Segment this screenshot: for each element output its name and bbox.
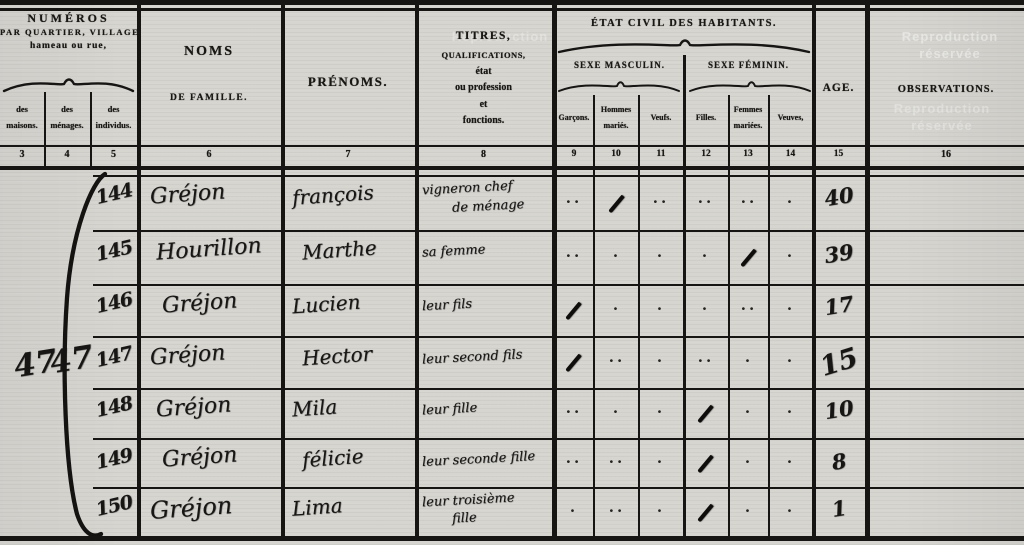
empty-cell-dots: . xyxy=(777,243,805,261)
individual-number: 148 xyxy=(89,391,139,423)
individual-number: 144 xyxy=(89,178,139,210)
brace-etat-civil xyxy=(556,38,812,55)
col-number-6: 6 xyxy=(140,149,278,160)
empty-cell-dots: . xyxy=(777,399,805,417)
empty-cell-dots: . xyxy=(735,449,763,467)
table-row: 150 Gréjon Lima leur troisièmefille ....… xyxy=(0,487,1024,536)
family-name: Gréjon xyxy=(161,288,238,318)
sexe-feminin-title: SEXE FÉMININ. xyxy=(685,60,812,70)
family-name: Hourillon xyxy=(155,233,262,265)
col-number-8: 8 xyxy=(418,149,549,160)
census-register-page: Reproduction réservée Reproduction réser… xyxy=(0,0,1024,545)
empty-cell-dots: .. xyxy=(603,449,631,467)
col-number-10: 10 xyxy=(595,149,637,159)
empty-cell-dots: . xyxy=(735,348,763,366)
age-value: 8 xyxy=(815,446,862,478)
family-name: Gréjon xyxy=(149,491,233,525)
empty-cell-dots: .. xyxy=(603,498,631,516)
grid-line xyxy=(0,0,1024,5)
col-number-3: 3 xyxy=(0,149,44,160)
age-value: 10 xyxy=(815,394,862,426)
brace-masculin xyxy=(557,80,681,94)
col-number-7: 7 xyxy=(284,149,412,160)
sexe-masculin-title: SEXE MASCULIN. xyxy=(556,60,683,70)
titres-line2: QUALIFICATIONS, xyxy=(418,50,549,60)
profession-line: leur second fils xyxy=(422,347,523,367)
empty-cell-dots: .. xyxy=(647,189,675,207)
titres-line5: et xyxy=(418,99,549,110)
empty-cell-dots: . xyxy=(647,348,675,366)
individual-number: 146 xyxy=(89,287,139,319)
profession-line: de ménage xyxy=(452,197,525,216)
first-name: Lucien xyxy=(291,290,361,319)
col-veuves-label: Veuves, xyxy=(769,113,812,122)
family-name: Gréjon xyxy=(155,392,232,422)
grid-line xyxy=(0,8,1024,11)
col-number-12: 12 xyxy=(685,149,727,159)
empty-cell-dots: . xyxy=(777,449,805,467)
col-filles-label: Filles. xyxy=(685,113,727,122)
empty-cell-dots: . xyxy=(777,498,805,516)
empty-cell-dots: .. xyxy=(560,449,588,467)
family-name: Gréjon xyxy=(149,340,226,370)
individual-number: 145 xyxy=(89,235,139,267)
empty-cell-dots: .. xyxy=(692,348,720,366)
tally-mark-1 xyxy=(697,503,714,522)
col-garcons-label: Garçons. xyxy=(554,113,594,122)
empty-cell-dots: .. xyxy=(603,348,631,366)
profession-line: sa femme xyxy=(422,242,486,260)
empty-cell-dots: . xyxy=(777,189,805,207)
col-number-14: 14 xyxy=(769,149,812,159)
grid-line xyxy=(44,92,46,168)
col-femmes-label2: mariées. xyxy=(729,121,767,130)
family-name: Gréjon xyxy=(161,442,238,472)
profession-line: fille xyxy=(452,510,477,526)
table-row: 148 Gréjon Mila leur fille ...... 10 xyxy=(0,388,1024,438)
watermark: Reproduction réservée xyxy=(872,100,1012,134)
col-hommes-label2: mariés. xyxy=(595,121,637,130)
prenoms-title: PRÉNOMS. xyxy=(284,74,412,90)
tally-mark-1 xyxy=(565,302,582,321)
empty-cell-dots: . xyxy=(647,449,675,467)
etat-civil-title: ÉTAT CIVIL DES HABITANTS. xyxy=(556,18,812,29)
col-menages-label: des xyxy=(44,104,90,114)
titres-line6: fonctions. xyxy=(418,115,549,126)
first-name: Marthe xyxy=(301,235,377,264)
titres-line3: état xyxy=(418,66,549,77)
individual-number: 149 xyxy=(89,443,139,475)
tally-mark-1 xyxy=(565,354,582,373)
brace-feminin xyxy=(688,80,812,94)
empty-cell-dots: .. xyxy=(560,399,588,417)
profession-line: leur fils xyxy=(422,297,473,315)
grid-line xyxy=(0,166,1024,170)
col-number-16: 16 xyxy=(868,149,1024,160)
first-name: Hector xyxy=(301,342,373,371)
col-maisons-label2: maisons. xyxy=(0,120,44,130)
col-number-9: 9 xyxy=(554,149,594,159)
profession-line: leur seconde fille xyxy=(422,449,536,470)
age-title: AGE. xyxy=(815,82,862,94)
col-maisons-label: des xyxy=(0,104,44,114)
empty-cell-dots: . xyxy=(692,243,720,261)
empty-cell-dots: .. xyxy=(735,189,763,207)
first-name: félicie xyxy=(301,444,364,472)
col-hommes-label: Hommes xyxy=(595,105,637,114)
tally-mark-1 xyxy=(608,194,625,213)
first-name: françois xyxy=(291,180,374,210)
empty-cell-dots: . xyxy=(735,399,763,417)
col-individus-label: des xyxy=(90,104,137,114)
noms-subtitle: DE FAMILLE. xyxy=(140,93,278,103)
observations-title: OBSERVATIONS. xyxy=(868,84,1024,95)
empty-cell-dots: . xyxy=(603,296,631,314)
col-femmes-label: Femmes xyxy=(729,105,767,114)
empty-cell-dots: .. xyxy=(560,243,588,261)
titres-line4: ou profession xyxy=(418,82,549,93)
col-number-15: 15 xyxy=(815,149,862,159)
col-individus-label2: individus. xyxy=(90,120,137,130)
tally-mark-1 xyxy=(740,249,757,268)
age-value: 1 xyxy=(815,493,862,525)
empty-cell-dots: . xyxy=(647,399,675,417)
empty-cell-dots: . xyxy=(560,498,588,516)
empty-cell-dots: .. xyxy=(735,296,763,314)
first-name: Lima xyxy=(291,493,343,520)
age-value: 40 xyxy=(815,181,862,213)
empty-cell-dots: .. xyxy=(692,189,720,207)
numeros-subtitle2: hameau ou rue, xyxy=(0,41,137,51)
grid-line xyxy=(0,536,1024,541)
age-value: 15 xyxy=(813,341,864,384)
empty-cell-dots: . xyxy=(777,296,805,314)
empty-cell-dots: . xyxy=(647,498,675,516)
tally-mark-1 xyxy=(697,454,714,473)
individual-number: 150 xyxy=(89,490,139,522)
table-row: 147 Gréjon Hector leur second fils .....… xyxy=(0,336,1024,388)
profession-line: leur fille xyxy=(422,401,478,419)
empty-cell-dots: . xyxy=(735,498,763,516)
table-row: 145 Hourillon Marthe sa femme ...... 39 xyxy=(0,230,1024,284)
profession-line: vigneron chef xyxy=(422,179,513,199)
brace-numeros xyxy=(2,76,135,94)
col-number-11: 11 xyxy=(640,149,682,159)
tally-mark-1 xyxy=(697,405,714,424)
age-value: 17 xyxy=(815,290,862,322)
age-value: 39 xyxy=(815,238,862,270)
noms-title: NOMS xyxy=(140,44,278,60)
table-row: 146 Gréjon Lucien leur fils ...... 17 xyxy=(0,284,1024,336)
empty-cell-dots: .. xyxy=(560,189,588,207)
grid-line xyxy=(90,92,92,168)
col-menages-label2: ménages. xyxy=(44,120,90,130)
first-name: Mila xyxy=(291,394,338,421)
col-number-4: 4 xyxy=(44,149,90,160)
table-row: 144 Gréjon françois vigneron chefde ména… xyxy=(0,175,1024,230)
numeros-subtitle: PAR QUARTIER, VILLAGE xyxy=(0,27,137,37)
numeros-title: NUMÉROS xyxy=(0,11,137,26)
profession-line: leur troisième xyxy=(422,491,515,511)
empty-cell-dots: . xyxy=(603,399,631,417)
empty-cell-dots: . xyxy=(603,243,631,261)
col-number-5: 5 xyxy=(90,149,137,160)
table-row: 149 Gréjon félicie leur seconde fille ..… xyxy=(0,438,1024,487)
titres-title: TITRES, xyxy=(418,30,549,42)
individual-number: 147 xyxy=(89,341,139,373)
empty-cell-dots: . xyxy=(777,348,805,366)
col-number-13: 13 xyxy=(729,149,767,159)
empty-cell-dots: . xyxy=(692,296,720,314)
col-veufs-label: Veufs. xyxy=(640,113,682,122)
empty-cell-dots: . xyxy=(647,243,675,261)
family-name: Gréjon xyxy=(149,179,226,209)
empty-cell-dots: . xyxy=(647,296,675,314)
watermark: Reproduction réservée xyxy=(880,28,1020,62)
grid-line xyxy=(0,145,1024,147)
